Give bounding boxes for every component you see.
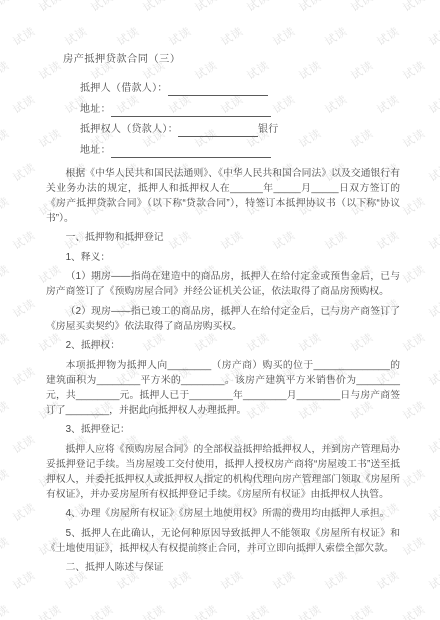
section-heading-2: 二、抵押人陈述与保证 <box>46 560 400 575</box>
blank-underline <box>111 104 271 117</box>
clause-1-item-2: （2）现房——指已竣工的商品房，抵押人在给付定金后，已与房产商签订了《房屋买卖契… <box>46 304 400 334</box>
watermark-text: 试读 <box>0 601 12 620</box>
field-suffix: 银行 <box>258 123 279 137</box>
watermark-text: 试读 <box>400 601 429 620</box>
watermark-text: 试读 <box>192 601 221 620</box>
blank-underline <box>178 124 258 137</box>
field-label: 地址： <box>80 144 111 158</box>
clause-1-heading: 1、释义： <box>46 250 400 265</box>
watermark-text: 试读 <box>296 601 325 620</box>
clause-2-heading: 2、抵押权： <box>46 338 400 353</box>
field-mortgagor: 抵押人（借款人）： <box>80 82 400 96</box>
watermark-text: 试读 <box>348 601 377 620</box>
field-mortgagee-address: 地址： <box>80 144 400 158</box>
clause-1-item-1: （1）期房——指尚在建造中的商品房，抵押人在给付定金或预售金后，已与房产商签订了… <box>46 269 400 299</box>
clause-3-heading: 3、抵押登记： <box>46 422 400 437</box>
document-page: 房产抵押贷款合同（三） 抵押人（借款人）： 地址： 抵押权人（贷款人）：银行 地… <box>0 0 440 575</box>
field-label: 抵押权人（贷款人）： <box>80 123 178 137</box>
document-title: 房产抵押贷款合同（三） <box>63 52 400 67</box>
blank-underline <box>168 83 268 96</box>
field-mortgagor-address: 地址： <box>80 103 400 117</box>
watermark-text: 试读 <box>140 601 169 620</box>
field-mortgagee: 抵押权人（贷款人）：银行 <box>80 123 400 137</box>
clause-5: 5、抵押人在此确认，无论何种原因导致抵押人不能领取《房屋所有权证》和《土地使用证… <box>46 526 400 556</box>
intro-paragraph: 根据《中华人民共和国民法通则》、《中华人民共和国合同法》以及交通银行有关业务办法… <box>46 166 400 226</box>
field-label: 抵押人（借款人）： <box>80 82 168 96</box>
section-heading-1: 一、抵押物和抵押登记 <box>46 230 400 245</box>
watermark-text: 试读 <box>244 601 273 620</box>
watermark-text: 试读 <box>36 601 65 620</box>
blank-underline <box>111 145 271 158</box>
clause-2-body: 本项抵押物为抵押人向________（房产商）购买的位于____________… <box>46 358 400 418</box>
clause-3-body: 抵押人应将《预购房屋合同》的全部权益抵押给抵押权人，并到房产管理局办妥抵押登记手… <box>46 442 400 502</box>
clause-4: 4、办理《房屋所有权证》《房屋土地使用权》所需的费用均由抵押人承担。 <box>46 506 400 521</box>
header-fields: 抵押人（借款人）： 地址： 抵押权人（贷款人）：银行 地址： <box>46 82 400 158</box>
watermark-text: 试读 <box>88 601 117 620</box>
field-label: 地址： <box>80 103 111 117</box>
